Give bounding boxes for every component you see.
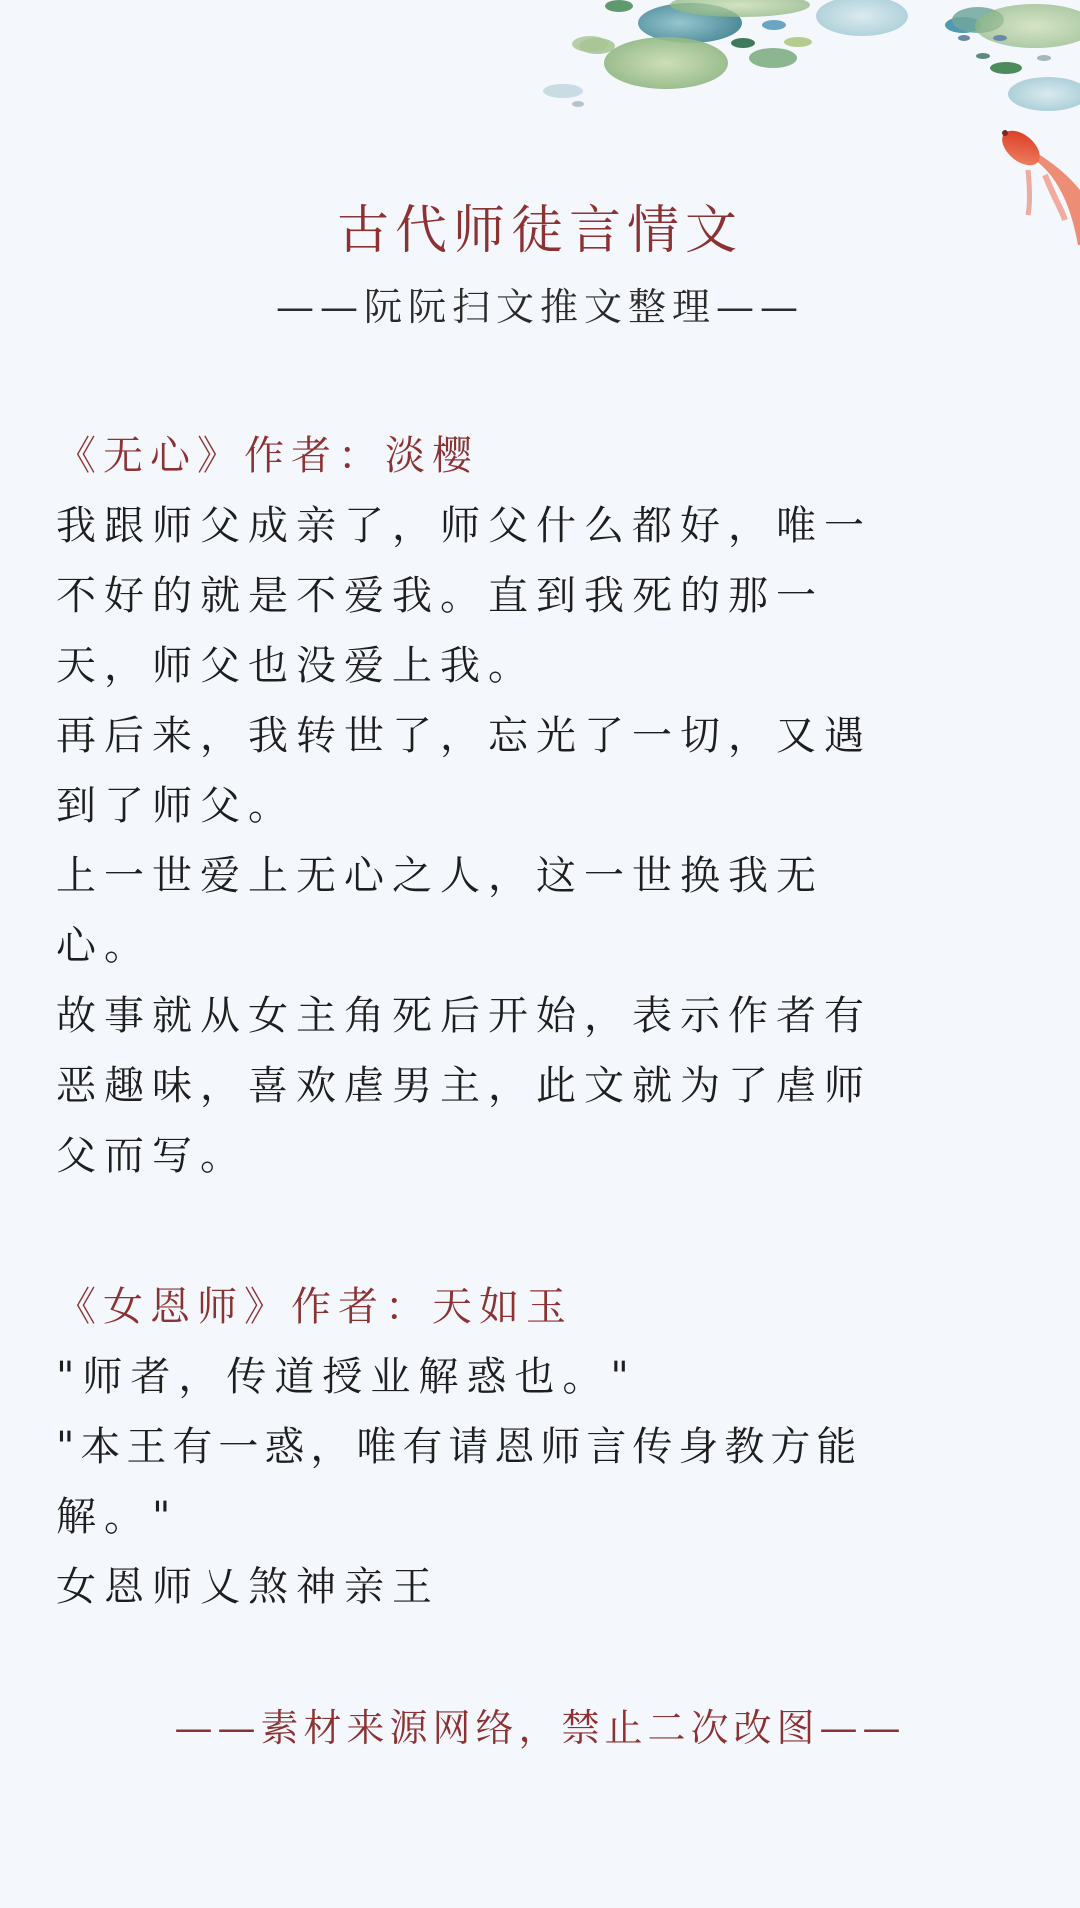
book-synopsis-line: 天，师父也没爱上我。 bbox=[56, 631, 1016, 701]
book-synopsis-line: 我跟师父成亲了，师父什么都好，唯一 bbox=[56, 491, 1016, 561]
book-synopsis-line: 故事就从女主角死后开始，表示作者有 bbox=[56, 981, 1016, 1051]
book-synopsis-line: 父而写。 bbox=[56, 1121, 1016, 1191]
book-synopsis-line: 恶趣味，喜欢虐男主，此文就为了虐师 bbox=[56, 1051, 1016, 1121]
book-synopsis-line: "本王有一惑，唯有请恩师言传身教方能 bbox=[56, 1412, 1016, 1482]
lotus-leaf-icon bbox=[543, 0, 1080, 111]
page-title: 古代师徒言情文 bbox=[0, 196, 1080, 266]
book-entry: 《女恩师》作者：天如玉 "师者，传道授业解惑也。" "本王有一惑，唯有请恩师言传… bbox=[56, 1272, 1016, 1622]
book-entry: 《无心》作者：淡樱 我跟师父成亲了，师父什么都好，唯一 不好的就是不爱我。直到我… bbox=[56, 421, 1016, 1191]
copyright-notice: ——素材来源网络，禁止二次改图—— bbox=[0, 1698, 1080, 1758]
book-synopsis-line: 再后来，我转世了，忘光了一切，又遇 bbox=[56, 701, 1016, 771]
page-subtitle: ——阮阮扫文推文整理—— bbox=[0, 282, 1080, 332]
book-synopsis-line: 上一世爱上无心之人，这一世换我无 bbox=[56, 841, 1016, 911]
book-synopsis-line: 到了师父。 bbox=[56, 771, 1016, 841]
book-synopsis-line: "师者，传道授业解惑也。" bbox=[56, 1342, 1016, 1412]
book-synopsis-line: 心。 bbox=[56, 911, 1016, 981]
book-heading: 《无心》作者：淡樱 bbox=[56, 421, 1016, 491]
book-synopsis-line: 解。" bbox=[56, 1482, 1016, 1552]
book-synopsis-line: 女恩师乂煞神亲王 bbox=[56, 1552, 1016, 1622]
book-heading: 《女恩师》作者：天如玉 bbox=[56, 1272, 1016, 1342]
book-synopsis-line: 不好的就是不爱我。直到我死的那一 bbox=[56, 561, 1016, 631]
